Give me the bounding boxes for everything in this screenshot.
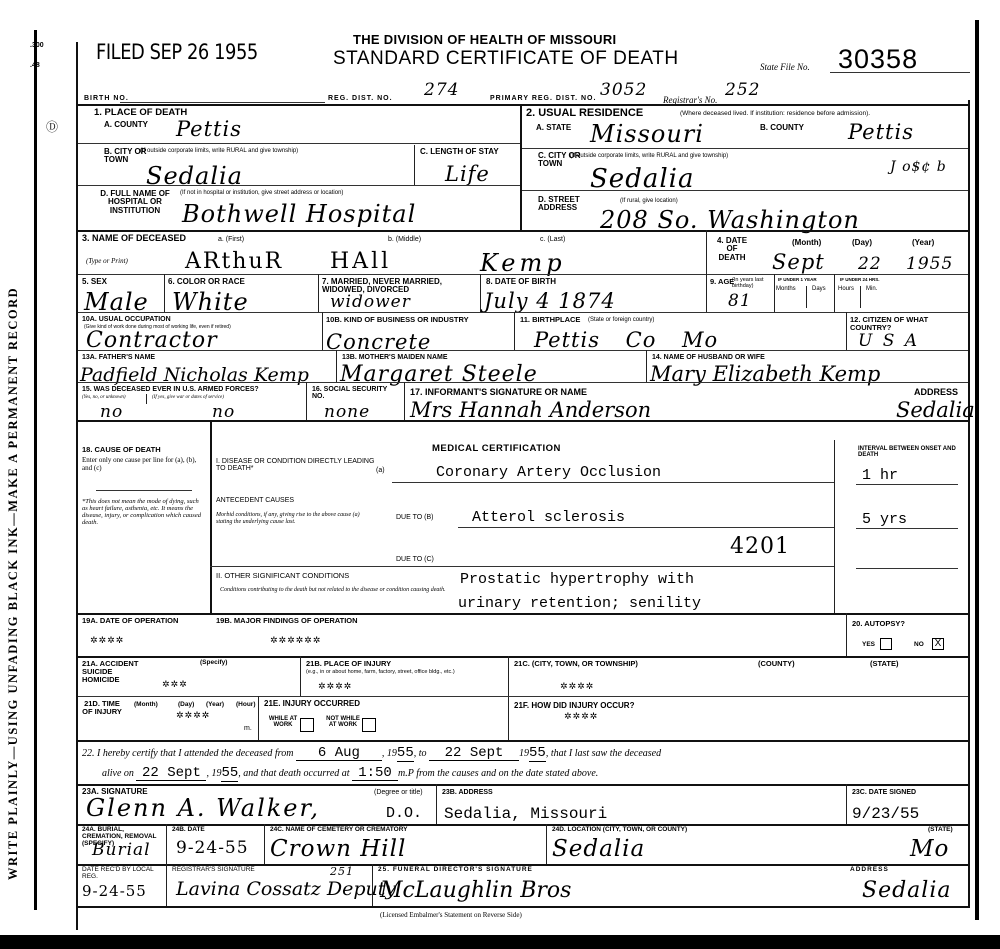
hospital-note: (If not in hospital or institution, give… bbox=[180, 190, 343, 196]
birthplace-label: 11. BIRTHPLACE bbox=[520, 316, 580, 324]
while-at-work-checkbox[interactable] bbox=[300, 718, 314, 732]
injury-county-label: (COUNTY) bbox=[758, 660, 795, 668]
autopsy-no-label: NO bbox=[914, 642, 924, 649]
registrar-number: 252 bbox=[725, 82, 760, 99]
physician-address: Sedalia, Missouri bbox=[444, 806, 607, 822]
attended-from: 6 Aug bbox=[296, 746, 382, 761]
informant-label: 17. INFORMANT'S SIGNATURE OR NAME bbox=[410, 388, 587, 397]
rule bbox=[322, 312, 323, 350]
rule bbox=[318, 274, 319, 312]
rule bbox=[78, 382, 968, 383]
cert-text-9: from the causes and on the date stated a… bbox=[416, 768, 598, 779]
minutes-label: Min. bbox=[866, 286, 877, 292]
rule bbox=[78, 312, 968, 313]
findings-label: 19b. MAJOR FINDINGS OF OPERATION bbox=[216, 617, 358, 625]
antecedent-note: Morbid conditions, if any, giving rise t… bbox=[216, 512, 376, 525]
rule bbox=[210, 566, 834, 567]
days-label: Days bbox=[812, 286, 826, 292]
age-note: (In years last birthday) bbox=[732, 278, 770, 290]
form-right-border bbox=[968, 100, 970, 908]
residence-county: Pettis bbox=[848, 122, 914, 143]
rule bbox=[166, 864, 167, 906]
burial-date-label: 24b. DATE bbox=[172, 827, 205, 834]
vertical-instruction: WRITE PLAINLY—USING UNFADING BLACK INK—M… bbox=[6, 180, 21, 880]
form-left-border bbox=[76, 42, 78, 930]
citizen-label: 12. CITIZEN OF WHAT COUNTRY? bbox=[850, 316, 968, 332]
death-day: 22 bbox=[858, 256, 882, 273]
burial-location: Sedalia bbox=[552, 838, 645, 861]
name-label: 3. NAME OF DECEASED bbox=[82, 234, 186, 243]
line-a-marker: (a) bbox=[376, 467, 385, 474]
rule bbox=[860, 286, 861, 308]
death-county: Pettis bbox=[176, 119, 242, 140]
middle-name-label: b. (Middle) bbox=[388, 236, 421, 243]
operation-date: ✲✲✲✲ bbox=[90, 636, 124, 646]
cause-instruction: Enter only one cause per line for (a), (… bbox=[82, 457, 206, 472]
state-file-underline bbox=[830, 72, 970, 73]
death-year-label: (Year) bbox=[912, 239, 934, 247]
rule bbox=[546, 824, 547, 864]
cemetery-label: 24c. NAME OF CEMETERY OR CREMATORY bbox=[270, 827, 407, 834]
ssn-value: none bbox=[324, 404, 370, 421]
findings-value: ✲✲✲✲✲✲ bbox=[270, 636, 321, 646]
injury-day-label: (Day) bbox=[178, 702, 194, 709]
mother-label: 13b. MOTHER'S MAIDEN NAME bbox=[342, 354, 448, 361]
last-name: Kemp bbox=[480, 249, 566, 277]
rule bbox=[846, 613, 847, 657]
right-margin-bar bbox=[975, 20, 979, 920]
rule bbox=[78, 740, 968, 742]
death-day-label: (Day) bbox=[852, 239, 872, 247]
residence-city-mark: J o$¢ b bbox=[890, 160, 947, 174]
date-signed: 9/23/55 bbox=[852, 806, 919, 822]
funeral-address: Sedalia bbox=[862, 880, 951, 902]
other-conditions-line-2: urinary retention; senility bbox=[458, 596, 701, 611]
rule bbox=[522, 148, 968, 149]
header-rule bbox=[78, 104, 968, 106]
antecedent-label: ANTECEDENT CAUSES bbox=[216, 497, 294, 504]
funeral-address-label: ADDRESS bbox=[850, 867, 889, 874]
under-day-label: IF UNDER 24 HRS. bbox=[840, 278, 880, 283]
registrar-signature-label: REGISTRAR'S SIGNATURE bbox=[172, 867, 255, 874]
cert-text-3: , to bbox=[414, 748, 427, 759]
accident-label: 21a. ACCIDENT SUICIDE HOMICIDE bbox=[82, 660, 142, 684]
state-file-label: State File No. bbox=[760, 62, 810, 72]
occupation-value: Contractor bbox=[86, 330, 218, 352]
rule bbox=[846, 312, 847, 350]
injury-location-label: 21c. (CITY, TOWN, OR TOWNSHIP) bbox=[514, 660, 638, 668]
burial-location-label: 24d. LOCATION (City, town, or county) bbox=[552, 827, 687, 834]
rule bbox=[336, 350, 337, 382]
usual-residence-label: 2. USUAL RESIDENCE bbox=[526, 108, 643, 120]
rule bbox=[856, 484, 958, 485]
cert-text-6: alive on bbox=[82, 768, 134, 779]
birthplace-note: (State or foreign country) bbox=[588, 317, 654, 323]
attended-from-year: 55 bbox=[397, 745, 414, 762]
residence-city-note: (If outside corporate limits, write RURA… bbox=[570, 153, 728, 159]
accident-note: (Specify) bbox=[200, 660, 227, 667]
while-at-work-label: WHILE AT WORK bbox=[264, 716, 302, 729]
cause-of-death-label: 18. CAUSE OF DEATH bbox=[82, 446, 161, 454]
injury-occurred-label: 21e. INJURY OCCURRED bbox=[264, 700, 360, 708]
injury-m-label: m. bbox=[244, 725, 252, 732]
residence-county-label: b. COUNTY bbox=[760, 124, 804, 132]
ssn-label: 16. SOCIAL SECURITY NO. bbox=[312, 386, 398, 401]
rule bbox=[480, 274, 481, 312]
rule bbox=[78, 906, 968, 908]
how-injury-value: ✲✲✲✲ bbox=[564, 712, 598, 722]
armed-forces-note-a: (Yes, no, or unknown) bbox=[82, 395, 126, 401]
rule bbox=[146, 394, 147, 404]
cert-text-5: , that I last saw the deceased bbox=[546, 748, 661, 759]
residence-state-label: a. STATE bbox=[536, 124, 571, 132]
armed-service-value: no bbox=[212, 404, 235, 421]
place-of-death-label: 1. PLACE OF DEATH bbox=[94, 108, 187, 118]
rule bbox=[78, 656, 968, 658]
rule bbox=[78, 350, 968, 351]
rule bbox=[514, 312, 515, 350]
injury-hour-label: (Hour) bbox=[236, 702, 256, 709]
occupation-label: 10a. USUAL OCCUPATION bbox=[82, 316, 171, 323]
rule bbox=[78, 230, 968, 232]
injury-time: ✲✲✲✲ bbox=[176, 711, 210, 721]
rule bbox=[306, 382, 307, 420]
rule bbox=[856, 568, 958, 569]
name-note: (Type or Print) bbox=[86, 258, 128, 266]
city-note: (If outside corporate limits, write RURA… bbox=[140, 148, 298, 154]
death-month-label: (Month) bbox=[792, 239, 821, 247]
sex-value: Male bbox=[84, 290, 149, 314]
rule bbox=[78, 613, 968, 615]
funeral-director: McLaughlin Bros bbox=[380, 880, 571, 902]
cert-text-8: , and that death occurred at bbox=[238, 768, 349, 779]
street-address: 208 So. Washington bbox=[600, 208, 860, 232]
received-date: 9-24-55 bbox=[82, 884, 147, 899]
how-injury-label: 21f. HOW DID INJURY OCCUR? bbox=[514, 702, 634, 710]
injury-year-label: (Year) bbox=[206, 702, 224, 709]
armed-forces-label: 15. WAS DECEASED EVER IN U.S. ARMED FORC… bbox=[82, 386, 259, 393]
rule bbox=[164, 274, 165, 312]
hospital-name: Bothwell Hospital bbox=[182, 202, 416, 226]
interval-b: 5 yrs bbox=[862, 512, 907, 527]
autopsy-yes-label: YES bbox=[862, 642, 875, 649]
rule bbox=[166, 824, 167, 864]
marital-value: widower bbox=[330, 294, 411, 311]
autopsy-label: 20. AUTOPSY? bbox=[852, 620, 905, 628]
informant-address: Sedalia bbox=[896, 400, 975, 421]
rule bbox=[522, 190, 968, 191]
usual-residence-note: (Where deceased lived. If institution: r… bbox=[680, 111, 970, 118]
rule bbox=[646, 350, 647, 382]
primary-reg-dist-number: 3052 bbox=[600, 82, 647, 99]
sex-label: 5. SEX bbox=[82, 278, 107, 286]
citizen-value: U S A bbox=[858, 333, 918, 350]
registrar-mark: 251 bbox=[330, 866, 354, 877]
rule bbox=[508, 656, 509, 740]
business-label: 10b. KIND OF BUSINESS OR INDUSTRY bbox=[326, 316, 510, 324]
injury-time-label: 21d. TIME OF INJURY bbox=[82, 700, 122, 716]
race-label: 6. COLOR OR RACE bbox=[168, 278, 245, 286]
received-label: DATE REC'D BY LOCAL REG. bbox=[82, 867, 162, 881]
rule bbox=[392, 482, 834, 483]
certificate-title: STANDARD CERTIFICATE OF DEATH bbox=[333, 48, 679, 70]
date-of-death-label: 4. DATE OF DEATH bbox=[712, 237, 752, 262]
autopsy-no-checkbox[interactable]: X bbox=[932, 638, 944, 650]
rule bbox=[258, 696, 259, 740]
interval-a: 1 hr bbox=[862, 468, 898, 483]
burial-state: Mo bbox=[910, 838, 949, 861]
left-margin-bar bbox=[34, 30, 37, 910]
length-of-stay: Life bbox=[445, 164, 490, 185]
residence-state: Missouri bbox=[590, 122, 704, 146]
rule bbox=[806, 286, 807, 308]
burial-type: Burial bbox=[92, 842, 151, 859]
cert-text-1: 22. I hereby certify that I attended the… bbox=[82, 748, 293, 759]
accident-value: ✲✲✲ bbox=[162, 680, 188, 690]
burial-date: 9-24-55 bbox=[176, 840, 249, 857]
margin-number-1: .300 bbox=[30, 42, 44, 49]
medical-header: MEDICAL CERTIFICATION bbox=[432, 444, 561, 454]
section-divider bbox=[520, 104, 522, 230]
cemetery-name: Crown Hill bbox=[270, 838, 406, 861]
rule bbox=[78, 143, 520, 144]
rule bbox=[458, 527, 834, 528]
due-to-b-label: DUE TO (b) bbox=[396, 514, 433, 521]
margin-number-2: .48 bbox=[30, 62, 40, 69]
rule bbox=[210, 420, 212, 614]
birth-date-label: 8. DATE OF BIRTH bbox=[486, 278, 556, 286]
interval-label: INTERVAL BETWEEN ONSET AND DEATH bbox=[858, 446, 968, 459]
middle-name: HAll bbox=[330, 249, 391, 274]
first-name-label: a. (First) bbox=[218, 236, 244, 243]
rule bbox=[78, 784, 968, 786]
rule bbox=[774, 274, 775, 312]
informant-address-label: ADDRESS bbox=[914, 388, 958, 397]
physician-signature: Glenn A. Walker, bbox=[86, 796, 320, 820]
attended-to: 22 Sept bbox=[429, 746, 519, 761]
last-seen-year: 55 bbox=[221, 765, 238, 782]
not-while-at-work-label: NOT WHILE AT WORK bbox=[322, 716, 364, 729]
disease-label: I. DISEASE OR CONDITION DIRECTLY LEADING… bbox=[216, 458, 376, 473]
burial-state-label: (State) bbox=[928, 827, 953, 834]
cert-text-4: 19 bbox=[519, 748, 529, 759]
primary-reg-dist-label: PRIMARY REG. DIST. NO. bbox=[490, 95, 596, 102]
birth-no-line bbox=[120, 102, 325, 103]
due-to-c-label: DUE TO (c) bbox=[396, 556, 434, 563]
months-label: Months bbox=[776, 286, 796, 292]
county-label: a. COUNTY bbox=[104, 121, 148, 129]
injury-place-note: (e.g., in or about home, farm, factory, … bbox=[306, 670, 506, 676]
bottom-margin-bar bbox=[0, 935, 1000, 949]
filed-stamp: FILED SEP 26 1955 bbox=[96, 40, 258, 64]
funeral-director-label: 25. FUNERAL DIRECTOR'S SIGNATURE bbox=[378, 867, 533, 874]
death-time-suffix: m.P bbox=[398, 768, 414, 779]
certification-statement: 22. I hereby certify that I attended the… bbox=[82, 744, 968, 784]
attended-to-year: 55 bbox=[529, 745, 546, 762]
rule bbox=[372, 864, 373, 906]
first-name: ARthuR bbox=[185, 249, 283, 274]
injury-state-label: (STATE) bbox=[870, 660, 898, 668]
spouse-label: 14. NAME OF HUSBAND OR WIFE bbox=[652, 354, 765, 361]
cause-code: 4201 bbox=[730, 536, 790, 558]
division-title: THE DIVISION OF HEALTH OF MISSOURI bbox=[353, 32, 616, 47]
rule bbox=[414, 145, 415, 185]
degree-label: (Degree or title) bbox=[374, 789, 423, 796]
registrar-signature: Lavina Cossatz Deputy bbox=[176, 880, 396, 899]
informant-name: Mrs Hannah Anderson bbox=[410, 400, 651, 421]
cause-a: Coronary Artery Occlusion bbox=[436, 465, 661, 480]
hospital-label: d. FULL NAME OF HOSPITAL OR INSTITUTION bbox=[96, 190, 174, 215]
under-year-label: IF UNDER 1 YEAR bbox=[778, 278, 817, 283]
hours-label: Hours bbox=[838, 286, 854, 292]
birthplace-value: Pettis Co Mo bbox=[534, 330, 718, 351]
death-time: 1:50 bbox=[352, 766, 398, 781]
rule bbox=[706, 230, 707, 274]
cert-text-2: , 19 bbox=[382, 748, 397, 759]
race-value: White bbox=[172, 290, 249, 314]
rule bbox=[846, 784, 847, 824]
other-conditions-note: Conditions contributing to the death but… bbox=[220, 587, 460, 594]
reg-dist-label: REG. DIST. NO. bbox=[328, 95, 393, 102]
rule bbox=[300, 656, 301, 696]
last-seen-alive: 22 Sept bbox=[136, 766, 206, 781]
street-note: (If rural, give location) bbox=[620, 198, 678, 204]
footer-note: (Licensed Embalmer's Statement on Revers… bbox=[380, 911, 522, 919]
date-signed-label: 23c. DATE SIGNED bbox=[852, 789, 916, 796]
operation-date-label: 19a. DATE OF OPERATION bbox=[82, 617, 202, 625]
rule bbox=[706, 274, 707, 312]
cause-b: Atterol sclerosis bbox=[472, 510, 625, 525]
physician-degree: D.O. bbox=[386, 806, 422, 821]
rule bbox=[264, 824, 265, 864]
other-conditions-label: II. OTHER SIGNIFICANT CONDITIONS bbox=[216, 572, 349, 580]
margin-mark: Ⓓ bbox=[46, 118, 58, 135]
residence-city: Sedalia bbox=[590, 166, 694, 192]
rule bbox=[404, 382, 405, 420]
not-while-at-work-checkbox[interactable] bbox=[362, 718, 376, 732]
death-year: 1955 bbox=[906, 256, 953, 273]
death-month: Sept bbox=[772, 252, 825, 273]
reg-dist-number: 274 bbox=[424, 82, 459, 99]
age-value: 81 bbox=[728, 293, 752, 310]
cert-text-7: , 19 bbox=[206, 768, 221, 779]
birth-date: July 4 1874 bbox=[484, 291, 616, 312]
cause-footnote: *This does not mean the mode of dying, s… bbox=[82, 498, 206, 527]
last-name-label: c. (Last) bbox=[540, 236, 565, 243]
other-conditions-line-1: Prostatic hypertrophy with bbox=[460, 572, 694, 587]
injury-location: ✲✲✲✲ bbox=[560, 682, 594, 692]
injury-place: ✲✲✲✲ bbox=[318, 682, 352, 692]
length-of-stay-label: c. LENGTH OF STAY bbox=[420, 148, 520, 156]
armed-forces-note-b: (If yes, give war or dates of service) bbox=[152, 395, 224, 401]
autopsy-yes-checkbox[interactable] bbox=[880, 638, 892, 650]
rule bbox=[436, 784, 437, 824]
rule bbox=[78, 185, 520, 186]
rule bbox=[834, 274, 835, 312]
rule bbox=[96, 490, 192, 491]
rule bbox=[856, 528, 958, 529]
father-label: 13a. FATHER'S NAME bbox=[82, 354, 155, 361]
age-label: 9. AGE bbox=[710, 278, 734, 286]
armed-forces-value: no bbox=[100, 404, 123, 421]
rule bbox=[78, 824, 968, 826]
rule bbox=[78, 696, 968, 697]
injury-place-label: 21b. PLACE OF INJURY bbox=[306, 660, 391, 668]
physician-address-label: 23b. ADDRESS bbox=[442, 789, 493, 796]
injury-month-label: (Month) bbox=[134, 702, 158, 709]
state-file-number: 30358 bbox=[838, 44, 918, 75]
rule bbox=[834, 440, 835, 614]
street-label: d. STREET ADDRESS bbox=[538, 196, 598, 213]
